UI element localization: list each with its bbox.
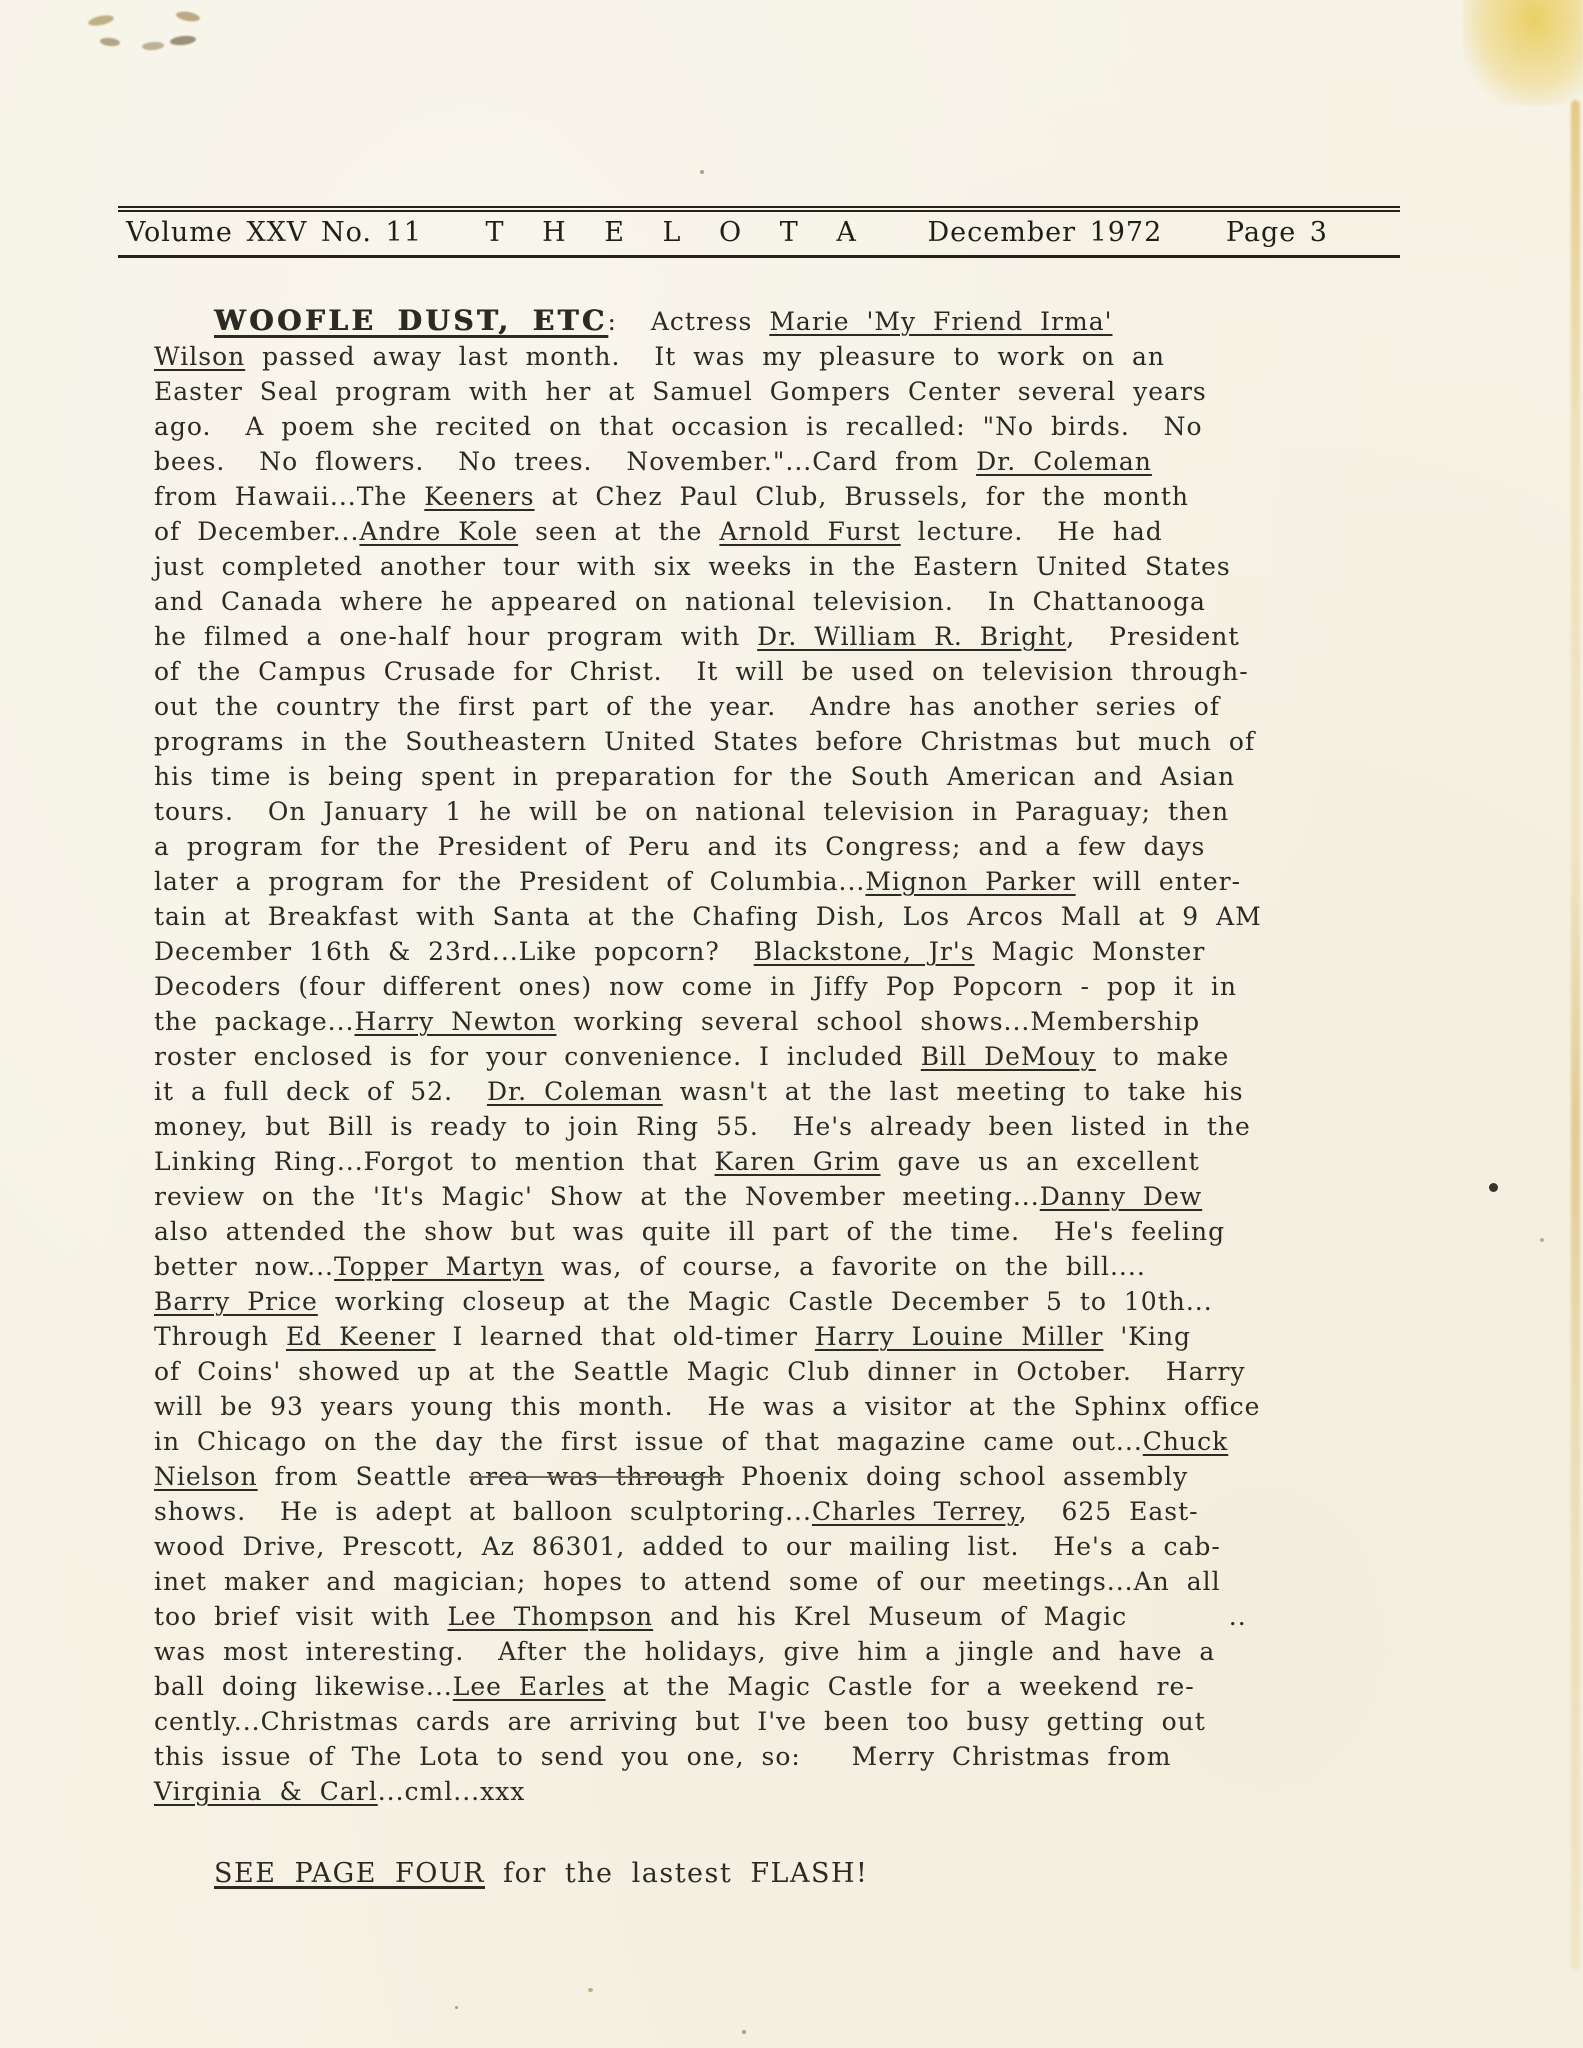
masthead: Volume XXV No. 11 T H E L O T A December…	[118, 206, 1400, 258]
underlined-name: Bill DeMouy	[921, 1042, 1096, 1071]
text-line: shows. He is adept at balloon sculptorin…	[154, 1494, 1446, 1529]
text-segment: better now...	[154, 1252, 334, 1281]
text-segment: inet maker and magician; hopes to attend…	[154, 1567, 1221, 1596]
text-segment: working closeup at the Magic Castle Dece…	[318, 1287, 1213, 1316]
underlined-name: SEE PAGE FOUR	[214, 1858, 485, 1889]
text-line: money, but Bill is ready to join Ring 55…	[154, 1109, 1446, 1144]
text-segment: , President	[1066, 622, 1239, 651]
text-segment: 'King	[1103, 1322, 1191, 1351]
text-segment: seen at the	[518, 517, 719, 546]
body-text: WOOFLE DUST, ETC: Actress Marie 'My Frie…	[154, 303, 1446, 1809]
text-line: too brief visit with Lee Thompson and hi…	[154, 1599, 1446, 1634]
text-segment: this issue of The Lota to send you one, …	[154, 1742, 1171, 1771]
text-line: inet maker and magician; hopes to attend…	[154, 1564, 1446, 1599]
text-segment: , 625 East-	[1019, 1497, 1199, 1526]
underlined-name: Virginia & Carl	[154, 1777, 378, 1806]
underlined-name: Marie 'My Friend Irma'	[769, 307, 1112, 336]
text-segment: too brief visit with	[154, 1602, 447, 1631]
text-segment: gave us an excellent	[881, 1147, 1200, 1176]
ink-dot	[1489, 1183, 1498, 1192]
text-segment: December 16th & 23rd...Like popcorn?	[154, 937, 754, 966]
text-line: Linking Ring...Forgot to mention that Ka…	[154, 1144, 1446, 1179]
text-line: wood Drive, Prescott, Az 86301, added to…	[154, 1529, 1446, 1564]
text-segment: Easter Seal program with her at Samuel G…	[154, 377, 1207, 406]
text-line: Decoders (four different ones) now come …	[154, 969, 1446, 1004]
text-segment: and his Krel Museum of Magic ..	[653, 1602, 1247, 1631]
underlined-name: Dr. Coleman	[487, 1077, 663, 1106]
text-segment: just completed another tour with six wee…	[154, 552, 1231, 581]
staple-smudge	[175, 10, 200, 23]
underlined-name: Chuck	[1143, 1427, 1228, 1456]
text-segment: wood Drive, Prescott, Az 86301, added to…	[154, 1532, 1221, 1561]
text-line: WOOFLE DUST, ETC: Actress Marie 'My Frie…	[154, 303, 1446, 339]
struck-text: area was through	[469, 1462, 724, 1491]
text-line: later a program for the President of Col…	[154, 864, 1446, 899]
text-segment: at the Magic Castle for a weekend re-	[606, 1672, 1195, 1701]
text-segment: also attended the show but was quite ill…	[154, 1217, 1225, 1246]
underlined-name: Nielson	[154, 1462, 258, 1491]
underlined-name: Karen Grim	[715, 1147, 881, 1176]
staple-smudge	[87, 13, 114, 27]
underlined-name: Arnold Furst	[719, 517, 900, 546]
text-segment: Through	[154, 1322, 286, 1351]
text-segment: a program for the President of Peru and …	[154, 832, 1205, 861]
text-line: and Canada where he appeared on national…	[154, 584, 1446, 619]
text-line: in Chicago on the day the first issue of…	[154, 1424, 1446, 1459]
text-segment: tours. On January 1 he will be on nation…	[154, 797, 1229, 826]
underlined-name: Dr. Coleman	[976, 447, 1152, 476]
underlined-name: Barry Price	[154, 1287, 318, 1316]
underlined-name: Ed Keener	[286, 1322, 436, 1351]
text-line: ball doing likewise...Lee Earles at the …	[154, 1669, 1446, 1704]
scan-speck	[455, 2006, 458, 2009]
text-segment: of December...	[154, 517, 359, 546]
text-line: Barry Price working closeup at the Magic…	[154, 1284, 1446, 1319]
text-segment: he filmed a one-half hour program with	[154, 622, 757, 651]
text-segment: was, of course, a favorite on the bill..…	[544, 1252, 1146, 1281]
text-segment: in Chicago on the day the first issue of…	[154, 1427, 1143, 1456]
text-segment: working several school shows...Membershi…	[556, 1007, 1200, 1036]
text-line: Easter Seal program with her at Samuel G…	[154, 374, 1446, 409]
paper-edge-streak	[1571, 100, 1580, 1970]
text-segment: out the country the first part of the ye…	[154, 692, 1220, 721]
volume-number: Volume XXV No. 11	[126, 217, 422, 248]
text-segment: and Canada where he appeared on national…	[154, 587, 1206, 616]
text-line: tours. On January 1 he will be on nation…	[154, 794, 1446, 829]
text-line: better now...Topper Martyn was, of cours…	[154, 1249, 1446, 1284]
scan-speck	[742, 2030, 746, 2034]
underlined-name: Wilson	[154, 342, 245, 371]
text-segment: of Coins' showed up at the Seattle Magic…	[154, 1357, 1246, 1386]
text-line: a program for the President of Peru and …	[154, 829, 1446, 864]
text-segment: later a program for the President of Col…	[154, 867, 865, 896]
text-line: of the Campus Crusade for Christ. It wil…	[154, 654, 1446, 689]
text-segment: it a full deck of 52.	[154, 1077, 487, 1106]
text-segment: shows. He is adept at balloon sculptorin…	[154, 1497, 812, 1526]
text-segment: from Seattle	[258, 1462, 470, 1491]
text-segment: review on the 'It's Magic' Show at the N…	[154, 1182, 1040, 1211]
scanned-newsletter-page: Volume XXV No. 11 T H E L O T A December…	[0, 0, 1583, 2048]
scan-speck	[588, 1988, 593, 1992]
text-segment: for the lastest FLASH!	[485, 1858, 868, 1889]
text-line: this issue of The Lota to send you one, …	[154, 1739, 1446, 1774]
underlined-name: Mignon Parker	[865, 867, 1075, 896]
text-segment: will enter-	[1076, 867, 1241, 896]
text-segment: Magic Monster	[975, 937, 1206, 966]
text-line: he filmed a one-half hour program with D…	[154, 619, 1446, 654]
text-line: review on the 'It's Magic' Show at the N…	[154, 1179, 1446, 1214]
text-line: the package...Harry Newton working sever…	[154, 1004, 1446, 1039]
scan-speck	[1540, 1238, 1544, 1242]
underlined-name: Harry Louine Miller	[815, 1322, 1104, 1351]
underlined-name: Danny Dew	[1040, 1182, 1202, 1211]
text-segment: will be 93 years young this month. He wa…	[154, 1392, 1260, 1421]
issue-date: December 1972	[927, 217, 1162, 248]
underlined-name: Lee Earles	[453, 1672, 606, 1701]
underlined-name: Lee Thompson	[447, 1602, 653, 1631]
text-line: of December...Andre Kole seen at the Arn…	[154, 514, 1446, 549]
staple-smudge	[170, 35, 197, 47]
underlined-name: Andre Kole	[359, 517, 518, 546]
scan-speck	[700, 170, 704, 174]
text-segment: money, but Bill is ready to join Ring 55…	[154, 1112, 1251, 1141]
text-line: his time is being spent in preparation f…	[154, 759, 1446, 794]
underlined-name: Dr. William R. Bright	[757, 622, 1066, 651]
text-segment: ...cml...xxx	[378, 1777, 526, 1806]
page-number: Page 3	[1226, 217, 1328, 248]
text-line: just completed another tour with six wee…	[154, 549, 1446, 584]
underlined-name: Topper Martyn	[334, 1252, 544, 1281]
text-segment: the package...	[154, 1007, 355, 1036]
text-segment: I learned that old-timer	[436, 1322, 815, 1351]
text-segment: to make	[1096, 1042, 1230, 1071]
text-line: bees. No flowers. No trees. November."..…	[154, 444, 1446, 479]
footer-note: SEE PAGE FOUR for the lastest FLASH!	[214, 1858, 868, 1889]
text-line: Wilson passed away last month. It was my…	[154, 339, 1446, 374]
text-segment: ball doing likewise...	[154, 1672, 453, 1701]
staple-smudge	[100, 37, 121, 47]
text-line: ago. A poem she recited on that occasion…	[154, 409, 1446, 444]
text-line: Virginia & Carl...cml...xxx	[154, 1774, 1446, 1809]
text-line: also attended the show but was quite ill…	[154, 1214, 1446, 1249]
text-line: programs in the Southeastern United Stat…	[154, 724, 1446, 759]
text-line: roster enclosed is for your convenience.…	[154, 1039, 1446, 1074]
text-segment: roster enclosed is for your convenience.…	[154, 1042, 921, 1071]
text-line: will be 93 years young this month. He wa…	[154, 1389, 1446, 1424]
text-segment: ago. A poem she recited on that occasion…	[154, 412, 1203, 441]
text-segment: Linking Ring...Forgot to mention that	[154, 1147, 715, 1176]
text-segment: Decoders (four different ones) now come …	[154, 972, 1237, 1001]
staple-smudge	[142, 41, 165, 51]
text-segment: wasn't at the last meeting to take his	[663, 1077, 1244, 1106]
underlined-name: Keeners	[424, 482, 534, 511]
text-segment: bees. No flowers. No trees. November."..…	[154, 447, 976, 476]
underlined-name: Harry Newton	[355, 1007, 557, 1036]
text-segment: programs in the Southeastern United Stat…	[154, 727, 1255, 756]
text-line: it a full deck of 52. Dr. Coleman wasn't…	[154, 1074, 1446, 1109]
text-line: was most interesting. After the holidays…	[154, 1634, 1446, 1669]
text-line: of Coins' showed up at the Seattle Magic…	[154, 1354, 1446, 1389]
underlined-name: Charles Terrey	[812, 1497, 1019, 1526]
section-heading: WOOFLE DUST, ETC	[214, 304, 608, 337]
text-segment: of the Campus Crusade for Christ. It wil…	[154, 657, 1249, 686]
text-segment: lecture. He had	[901, 517, 1163, 546]
text-line: Through Ed Keener I learned that old-tim…	[154, 1319, 1446, 1354]
text-segment: tain at Breakfast with Santa at the Chaf…	[154, 902, 1262, 931]
text-segment: his time is being spent in preparation f…	[154, 762, 1235, 791]
paper-stain	[1463, 0, 1583, 105]
text-segment: was most interesting. After the holidays…	[154, 1637, 1215, 1666]
newsletter-title: T H E L O T A	[486, 217, 864, 248]
text-line: SEE PAGE FOUR for the lastest FLASH!	[214, 1858, 868, 1889]
text-segment: from Hawaii...The	[154, 482, 424, 511]
text-line: cently...Christmas cards are arriving bu…	[154, 1704, 1446, 1739]
text-line: out the country the first part of the ye…	[154, 689, 1446, 724]
text-segment: Phoenix doing school assembly	[724, 1462, 1188, 1491]
text-line: Nielson from Seattle area was through Ph…	[154, 1459, 1446, 1494]
text-segment: passed away last month. It was my pleasu…	[245, 342, 1165, 371]
text-line: from Hawaii...The Keeners at Chez Paul C…	[154, 479, 1446, 514]
text-line: tain at Breakfast with Santa at the Chaf…	[154, 899, 1446, 934]
text-segment: : Actress	[608, 307, 770, 336]
text-line: December 16th & 23rd...Like popcorn? Bla…	[154, 934, 1446, 969]
text-segment: cently...Christmas cards are arriving bu…	[154, 1707, 1206, 1736]
text-segment: at Chez Paul Club, Brussels, for the mon…	[535, 482, 1189, 511]
underlined-name: Blackstone, Jr's	[754, 937, 975, 966]
